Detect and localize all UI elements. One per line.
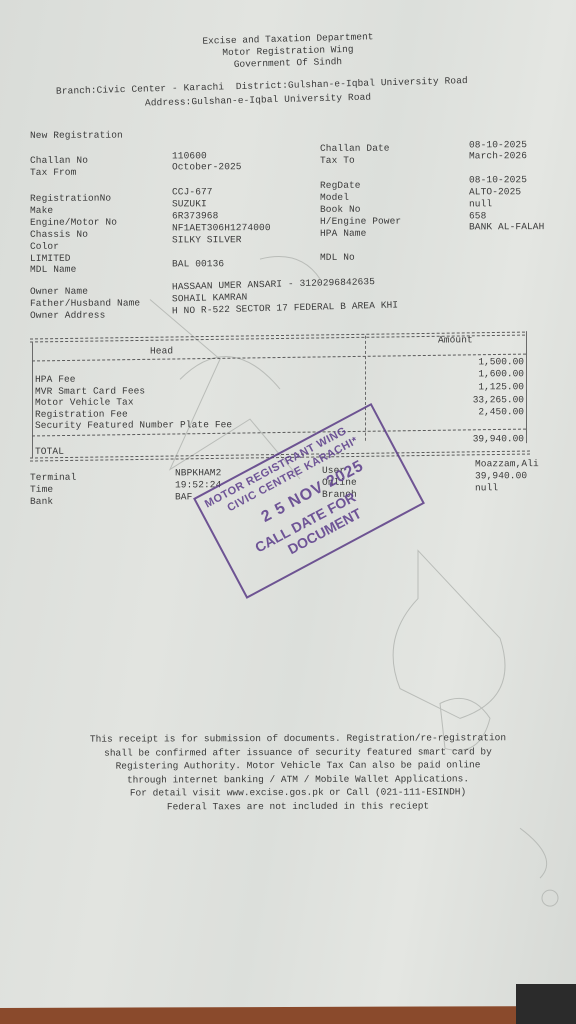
engine-power-label: H/Engine Power <box>320 216 401 228</box>
color-value: SILKY SILVER <box>172 234 242 246</box>
bank-label: Bank <box>30 496 53 508</box>
hpa-name-label: HPA Name <box>320 228 366 240</box>
make-value: SUZUKI <box>172 198 207 210</box>
amount-column-header: Amount <box>438 334 473 346</box>
fee-row-head: HPA Fee <box>35 374 76 386</box>
receipt-paper: Excise and Taxation Department Motor Reg… <box>0 0 576 1008</box>
engine-no-value: 6R373968 <box>172 210 218 222</box>
owner-address-label: Owner Address <box>30 310 105 322</box>
tax-from-value: October-2025 <box>172 161 242 173</box>
online-value: 39,940.00 <box>475 470 527 482</box>
fee-row-amount: 1,500.00 <box>404 356 524 368</box>
head-column-header: Head <box>150 345 173 357</box>
challan-no-label: Challan No <box>30 155 88 167</box>
reg-date-label: RegDate <box>320 180 361 192</box>
hpa-name-value: BANK AL-FALAH <box>469 221 544 233</box>
fee-row-amount: 33,265.00 <box>404 394 524 406</box>
total-amount: 39,940.00 <box>404 433 524 445</box>
terminal-label: Terminal <box>30 472 76 484</box>
model-label: Model <box>320 192 349 204</box>
table-right-border <box>526 331 527 443</box>
user-value: Moazzam,Ali <box>475 458 539 470</box>
mdl-no-label: MDL No <box>320 252 355 264</box>
receipt-disclaimer: This receipt is for submission of docume… <box>20 731 576 814</box>
stamp-line-1: MOTOR REGISTRANT WING <box>203 425 349 511</box>
engine-no-label: Engine/Motor No <box>30 217 117 229</box>
registration-no-label: RegistrationNo <box>30 193 111 205</box>
father-name-label: Father/Husband Name <box>30 298 140 310</box>
terminal-value: NBPKHAM2 <box>175 467 221 479</box>
reg-date-value: 08-10-2025 <box>469 174 527 186</box>
owner-name-label: Owner Name <box>30 286 88 298</box>
table-left-border <box>32 342 33 458</box>
challan-date-label: Challan Date <box>320 143 390 155</box>
tax-to-value: March-2026 <box>469 150 527 162</box>
background-shadow <box>516 984 576 1024</box>
fee-row-amount: 2,450.00 <box>404 406 524 418</box>
bank-value: BAF <box>175 491 192 503</box>
fee-row-amount: 1,125.00 <box>404 381 524 393</box>
fee-row-amount: 1,600.00 <box>404 368 524 380</box>
color-label: Color <box>30 241 59 253</box>
fee-row-head: Security Featured Number Plate Fee <box>35 419 232 432</box>
disclaimer-line: Federal Taxes are not included in this r… <box>20 798 576 813</box>
chassis-no-value: NF1AET306H1274000 <box>172 222 271 234</box>
disclaimer-line: This receipt is for submission of docume… <box>20 731 576 746</box>
book-no-value: null <box>469 198 492 210</box>
tax-to-label: Tax To <box>320 155 355 167</box>
mdl-name-value: BAL 00136 <box>172 258 224 270</box>
registration-type: New Registration <box>30 130 123 142</box>
registration-no-value: CCJ-677 <box>172 186 213 198</box>
tax-from-label: Tax From <box>30 167 76 179</box>
chassis-no-label: Chassis No <box>30 229 88 241</box>
owner-name-value: HASSAAN UMER ANSARI - 3120296842635 <box>172 276 375 293</box>
time-label: Time <box>30 484 53 496</box>
mdl-name-label: MDL Name <box>30 264 76 276</box>
model-value: ALTO-2025 <box>469 186 521 198</box>
fee-row-head: Motor Vehicle Tax <box>35 397 134 409</box>
branch-value: null <box>475 482 498 494</box>
book-no-label: Book No <box>320 204 361 216</box>
make-label: Make <box>30 205 53 217</box>
total-label: TOTAL <box>35 446 64 458</box>
